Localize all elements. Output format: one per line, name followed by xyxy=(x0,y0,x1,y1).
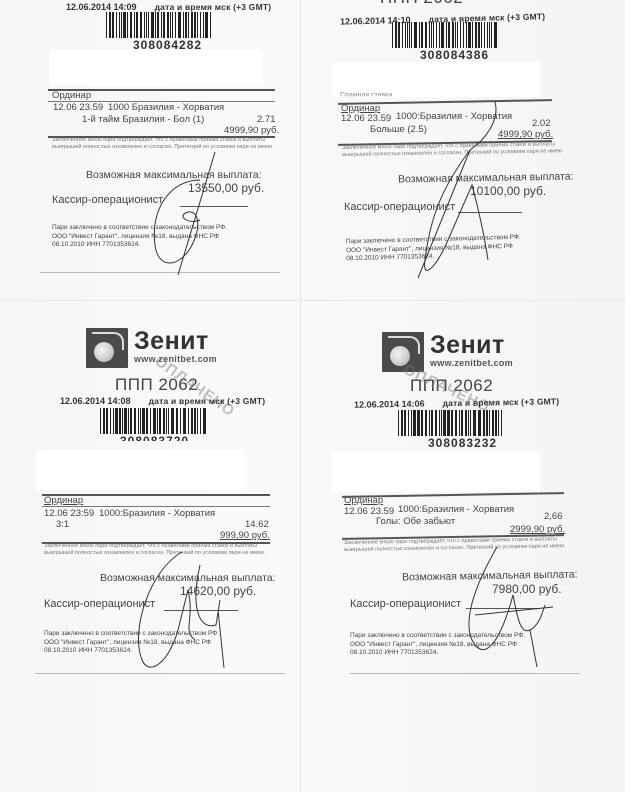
ticket-datetime: 12.06.2014 14:09 xyxy=(66,2,137,12)
cashier-signature-line xyxy=(458,212,522,213)
legal-info: Пари заключено в соответствии с законода… xyxy=(346,234,522,264)
stake: 4999,90 руб. xyxy=(498,129,553,140)
ticket-datetime-label: дата и время мск (+3 GMT) xyxy=(155,2,272,12)
ticket-datetime-row: 12.06.2014 14:06дата и время мск (+3 GMT… xyxy=(354,396,559,410)
cashier-signature-line xyxy=(180,206,248,207)
legal-info: Пари заключено в соответствии с законода… xyxy=(52,224,227,250)
selection: Голы: Обе забьют xyxy=(376,516,455,527)
event-name: 1000:Бразилия - Хорватия xyxy=(99,508,215,519)
legal-line: 08.10.2010 ИНН 7701353624. xyxy=(350,649,525,658)
legal-line: 08.10.2010 ИНН 7701353624. xyxy=(44,647,219,656)
zenit-logo-icon xyxy=(86,328,128,368)
ticket-datetime-label: дата и время мск (+3 GMT) xyxy=(149,396,266,406)
barcode xyxy=(106,12,214,38)
ticket-edge xyxy=(350,673,580,674)
odds: 2.71 xyxy=(257,114,276,125)
max-payout-value: 7980,00 руб. xyxy=(492,582,562,596)
legal-line: ООО "Инвест Гарант", лицензия №18, выдан… xyxy=(52,233,227,242)
event-name: 1000:Бразилия - Хорватия xyxy=(396,111,512,122)
event-date: 12.06 23.59 xyxy=(341,113,391,124)
stake: 4999,90 руб. xyxy=(224,125,279,136)
odds: 2.02 xyxy=(532,118,551,129)
ticket-datetime: 12.06.2014 14:06 xyxy=(354,399,425,410)
max-payout-value: 10100,00 руб. xyxy=(470,184,546,198)
legal-info: Пари заключено в соответствии с законода… xyxy=(44,630,219,656)
scanned-sheet: 12.06.2014 14:09дата и время мск (+3 GMT… xyxy=(0,0,625,792)
ticket-datetime-row: 12.06.2014 14:08дата и время мск (+3 GMT… xyxy=(60,396,265,406)
cashier-label: Кассир-операционист xyxy=(350,598,461,610)
divider xyxy=(42,506,270,507)
max-payout-value: 13550,00 руб. xyxy=(188,181,264,195)
ticket-datetime-label: дата и время мск (+3 GMT) xyxy=(442,396,559,408)
point-number-partial: ППП 2062 xyxy=(380,0,463,8)
ticket-top-right: ППП 2062 12.06.2014 14:10дата и время мс… xyxy=(310,0,590,300)
legal-info: Пари заключено в соответствии с законода… xyxy=(350,632,525,658)
max-payout-label: Возможная максимальная выплата: xyxy=(100,572,276,584)
max-payout-value: 14620,00 руб. xyxy=(180,584,256,598)
cashier-signature-line xyxy=(466,608,538,609)
event-date: 12.06 23.59 xyxy=(53,102,103,113)
ticket-edge xyxy=(40,272,280,273)
event-name: 1000 Бразилия - Хорватия xyxy=(108,102,224,113)
redacted-area xyxy=(332,62,540,97)
selection: 1-й тайм Бразилия - Бол (1) xyxy=(82,114,204,125)
event-date: 12.06 23:59 xyxy=(44,508,94,519)
barcode-number: 308083720 xyxy=(120,434,189,448)
signature xyxy=(120,550,230,680)
barcode xyxy=(100,408,208,434)
ticket-datetime-row: 12.06.2014 14:09дата и время мск (+3 GMT… xyxy=(66,2,271,12)
barcode-number: 308083232 xyxy=(428,436,497,450)
redacted-area xyxy=(50,50,262,85)
cashier-label: Кассир-операционист xyxy=(52,194,163,206)
disclaimer: Заключенное мною пари подтверждает, что … xyxy=(52,137,288,151)
bet-type: Ординар xyxy=(44,495,83,506)
bet-type: Ординар xyxy=(344,495,383,506)
disclaimer: Заключенное мною пари подтверждает, что … xyxy=(44,543,280,557)
cashier-signature-line xyxy=(164,610,238,611)
disclaimer: Заключенное мною пари подтверждает, что … xyxy=(344,536,580,554)
redacted-area xyxy=(36,450,244,490)
fold-line-horizontal xyxy=(0,300,625,301)
legal-line: Пари заключено в соответствии с законода… xyxy=(350,632,525,641)
legal-line: ООО "Инвест Гарант", лицензия №18, выдан… xyxy=(44,639,219,648)
brand-site: www.zenitbet.com xyxy=(430,358,513,368)
ticket-top-left: 12.06.2014 14:09дата и время мск (+3 GMT… xyxy=(40,0,320,300)
disclaimer: Заключенное мною пари подтверждает, что … xyxy=(342,141,578,159)
brand-logo: Зенит www.zenitbet.com xyxy=(86,328,217,368)
ticket-datetime: 12.06.2014 14:08 xyxy=(60,396,131,406)
ticket-bottom-left: Зенит www.zenitbet.com ППП 2062 ОПЛАЧЕНО… xyxy=(40,310,320,710)
barcode xyxy=(398,410,506,436)
legal-line: Пари заключено в соответствии с законода… xyxy=(52,224,227,233)
odds: 14.62 xyxy=(245,519,269,530)
ticket-edge xyxy=(35,673,285,674)
odds: 2,66 xyxy=(544,511,563,522)
brand-name: Зенит xyxy=(430,332,513,358)
legal-line: ООО "Инвест Гарант", лицензия №18, выдан… xyxy=(350,641,525,650)
barcode xyxy=(392,22,500,48)
cashier-label: Кассир-операционист xyxy=(344,201,455,213)
stake: 999,90 руб. xyxy=(220,530,270,541)
selection: 3:1 xyxy=(56,519,69,530)
bet-type: Ординар xyxy=(52,90,91,101)
cashier-label: Кассир-операционист xyxy=(44,598,155,610)
event-name: 1000:Бразилия - Хорватия xyxy=(398,504,514,515)
barcode-number: 308084386 xyxy=(420,48,489,62)
max-payout-label: Возможная максимальная выплата: xyxy=(86,169,262,181)
legal-line: Пари заключено в соответствии с законода… xyxy=(44,630,219,639)
ticket-bottom-right: Зенит www.zenitbet.com ППП 2062 ОПЛАЧЕНО… xyxy=(330,310,610,710)
partial-line: Спамная ставка xyxy=(340,92,392,99)
brand-logo: Зенит www.zenitbet.com xyxy=(382,332,513,372)
selection: Больше (2.5) xyxy=(370,124,427,135)
redacted-area xyxy=(332,452,540,492)
brand-name: Зенит xyxy=(134,328,217,354)
legal-line: 08.10.2010 ИНН 7701353624. xyxy=(52,241,227,250)
